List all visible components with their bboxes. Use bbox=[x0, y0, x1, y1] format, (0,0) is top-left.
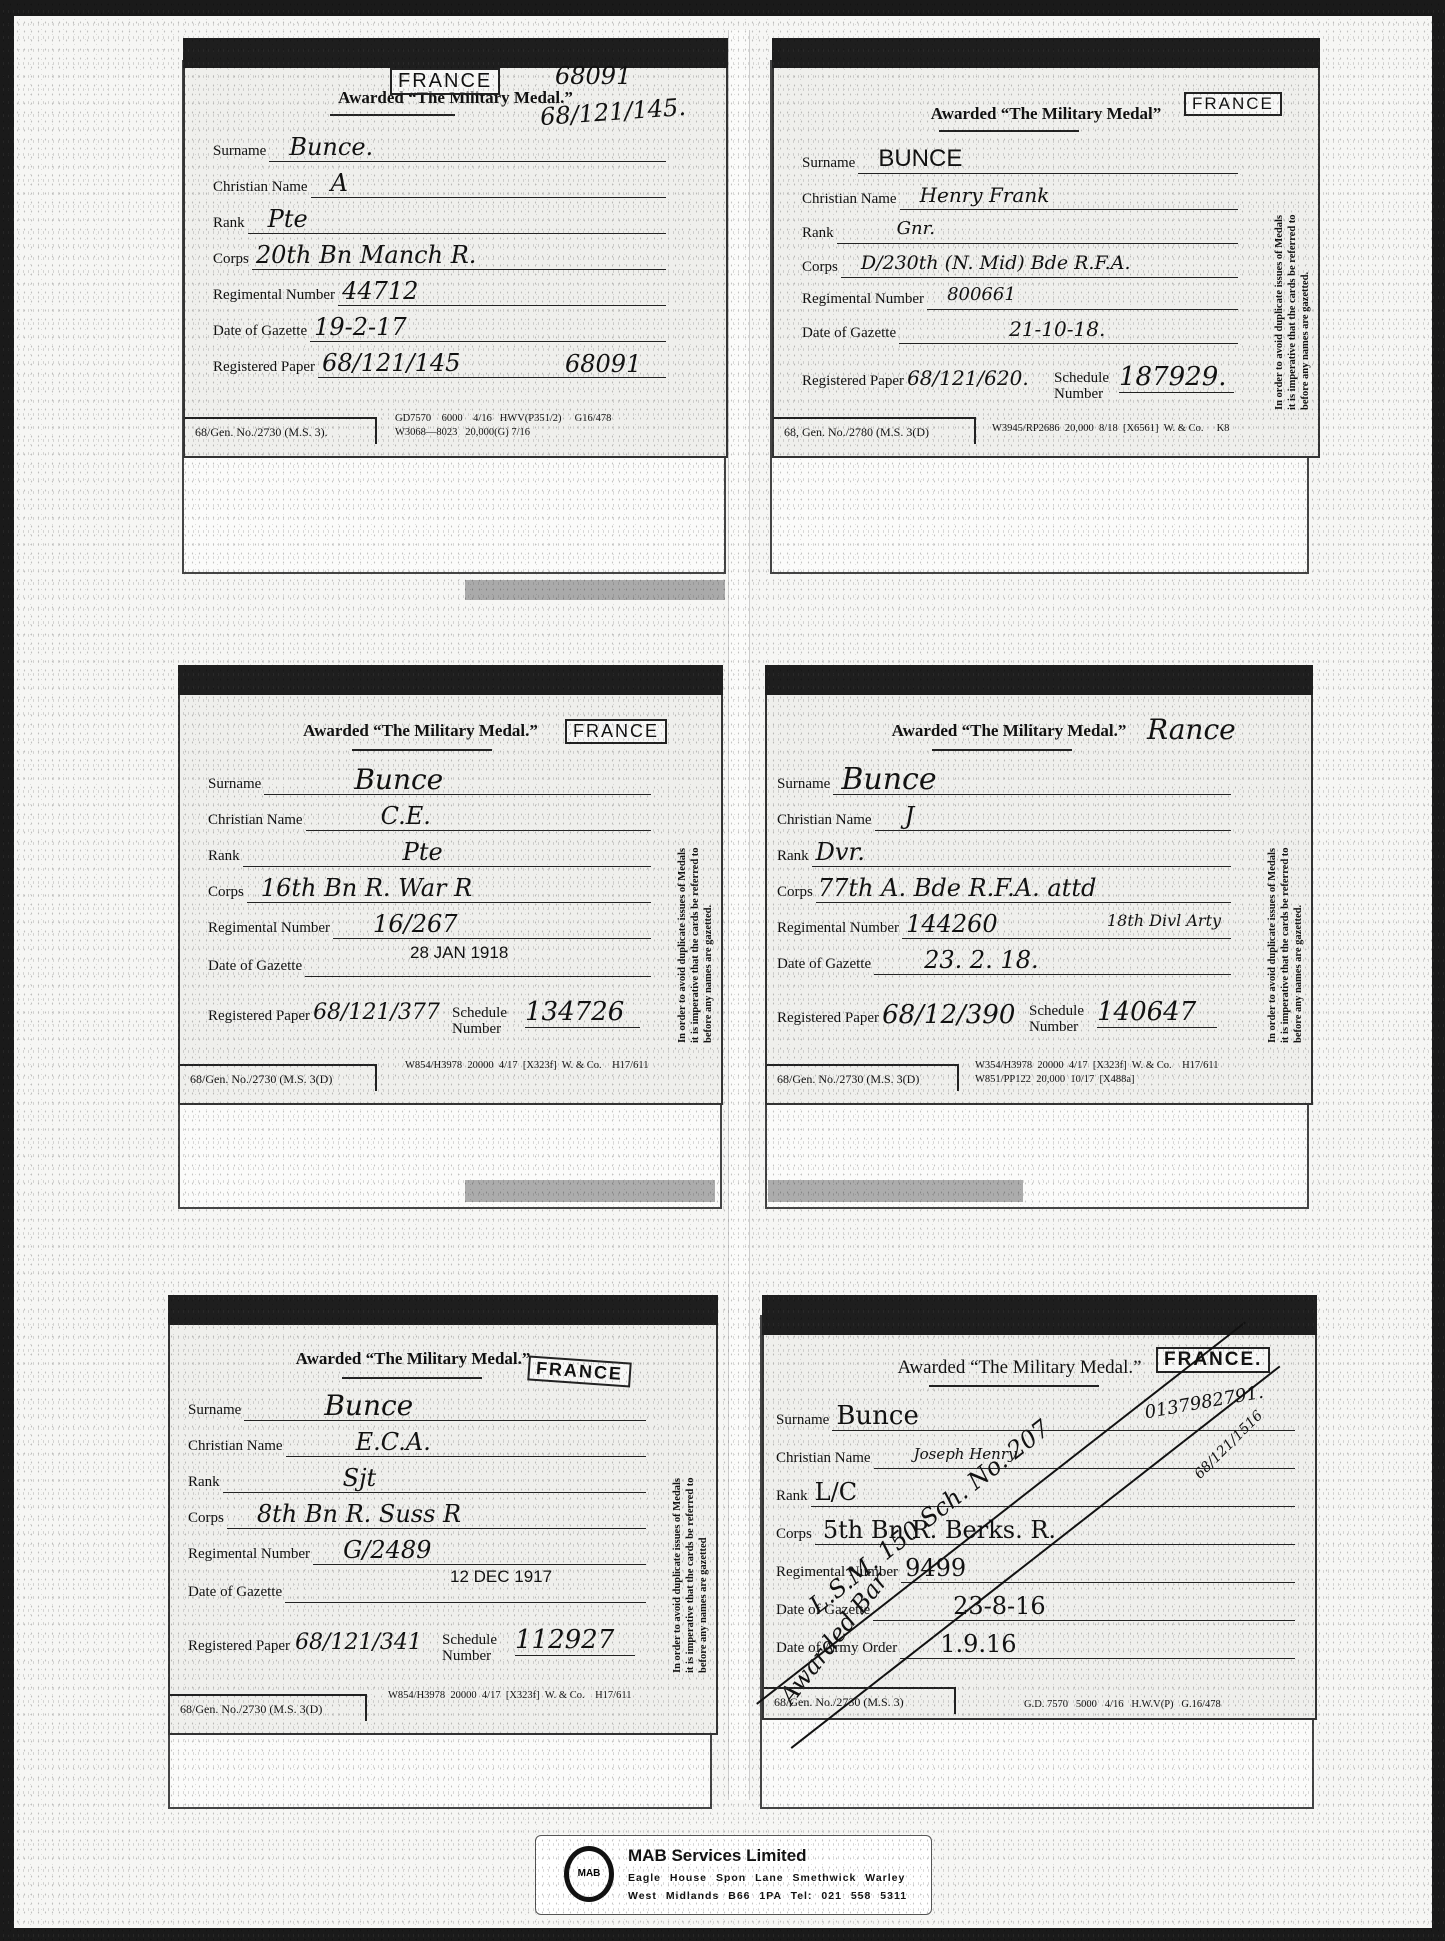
field-value: 68/121/620. bbox=[907, 364, 1048, 392]
number-label-line: Number bbox=[442, 1648, 497, 1664]
field-value: Dvr. bbox=[812, 838, 1231, 867]
field-surname: SurnameBunce. bbox=[213, 128, 666, 162]
regimental-number-note: 18th Divl Arty bbox=[1107, 911, 1221, 930]
field-surname: SurnameBUNCE bbox=[802, 140, 1238, 174]
title-rule bbox=[932, 749, 1072, 751]
card-header-band bbox=[772, 38, 1320, 68]
field-corps: CorpsD/230th (N. Mid) Bde R.F.A. bbox=[802, 244, 1238, 278]
number-label-line: Number bbox=[1054, 386, 1109, 402]
field-label: Registered Paper bbox=[208, 1008, 310, 1027]
field-regimental-number: Regimental Number16/267 bbox=[208, 905, 651, 939]
field-label: Christian Name bbox=[208, 812, 303, 831]
sleeve-shadow bbox=[465, 1180, 715, 1202]
title-rule bbox=[330, 114, 455, 116]
field-value: 1.9.16 bbox=[900, 1630, 1295, 1659]
company-address-line-1: Eagle House Spon Lane Smethwick Warley bbox=[628, 1872, 905, 1884]
france-stamp: FRANCE bbox=[1184, 92, 1282, 116]
field-value: E.C.A. bbox=[286, 1428, 646, 1457]
field-value: Bunce bbox=[244, 1392, 646, 1421]
field-value: Pte bbox=[248, 205, 666, 234]
sleeve-shadow bbox=[768, 1180, 1023, 1202]
printer-imprint: G.D. 7570 5000 4/16 H.W.V(P) G.16/478 bbox=[1024, 1698, 1221, 1712]
mab-services-label: MAB MAB Services Limited Eagle House Spo… bbox=[535, 1835, 932, 1915]
schedule-label: ScheduleNumber bbox=[452, 1005, 507, 1037]
field-regimental-number: Regimental NumberG/2489 bbox=[188, 1531, 646, 1565]
printer-imprint: W354/H3978 20000 4/17 [X323f] W. & Co. H… bbox=[975, 1059, 1218, 1073]
schedule-number: 187929. bbox=[1119, 362, 1234, 393]
field-registered-paper: Registered Paper68/121/377 bbox=[208, 993, 431, 1027]
field-date-of-gazette: Date of Gazette bbox=[208, 943, 651, 977]
duplicate-issue-note: In order to avoid duplicate issues of Me… bbox=[676, 743, 715, 1043]
field-value: Pte bbox=[243, 838, 651, 867]
field-label: Date of Gazette bbox=[802, 325, 896, 344]
field-value: 8th Bn R. Suss R bbox=[227, 1500, 646, 1529]
field-corps: Corps77th A. Bde R.F.A. attd bbox=[777, 869, 1231, 903]
field-value: G/2489 bbox=[313, 1536, 646, 1565]
title-rule bbox=[342, 1377, 482, 1379]
field-label: Corps bbox=[208, 884, 244, 903]
field-label: Regimental Number bbox=[802, 291, 924, 310]
duplicate-issue-note: In order to avoid duplicate issues of Me… bbox=[671, 1373, 710, 1673]
company-name: MAB Services Limited bbox=[628, 1846, 807, 1866]
france-stamp: FRANCE bbox=[565, 719, 667, 744]
field-label: Surname bbox=[208, 776, 261, 795]
form-number: 68/Gen. No./2730 (M.S. 3(D) bbox=[767, 1064, 959, 1091]
schedule-number: 140647 bbox=[1097, 997, 1217, 1028]
schedule-label: ScheduleNumber bbox=[1029, 1003, 1084, 1035]
field-label: Christian Name bbox=[188, 1438, 283, 1457]
field-value: 21-10-18. bbox=[899, 315, 1238, 344]
field-value: A bbox=[311, 169, 666, 198]
field-label: Corps bbox=[188, 1510, 224, 1529]
field-label: Date of Gazette bbox=[777, 956, 871, 975]
field-label: Regimental Number bbox=[777, 920, 899, 939]
card-header-band bbox=[168, 1295, 718, 1325]
field-label: Rank bbox=[188, 1474, 220, 1493]
field-rank: RankPte bbox=[208, 833, 651, 867]
printer-imprint: W854/H3978 20000 4/17 [X323f] W. & Co. H… bbox=[405, 1059, 648, 1073]
duplicate-issue-note: In order to avoid duplicate issues of Me… bbox=[1273, 120, 1312, 410]
field-regimental-number: Regimental Number44712 bbox=[213, 272, 666, 306]
field-value: Bunce. bbox=[269, 133, 666, 162]
field-christian-name: Christian NameJ bbox=[777, 797, 1231, 831]
field-regimental-number: Regimental Number800661 bbox=[802, 276, 1238, 310]
field-label: Christian Name bbox=[777, 812, 872, 831]
field-label: Surname bbox=[188, 1402, 241, 1421]
field-label: Surname bbox=[802, 155, 855, 174]
field-label: Surname bbox=[213, 143, 266, 162]
field-value: 19-2-17 bbox=[310, 313, 666, 342]
field-value: 800661 bbox=[927, 281, 1238, 310]
printer-imprint: W854/H3978 20000 4/17 [X323f] W. & Co. H… bbox=[388, 1689, 631, 1703]
annotation-reference: 68091 bbox=[555, 62, 631, 90]
number-label-line: Number bbox=[1029, 1019, 1084, 1035]
field-value: 44712 bbox=[338, 277, 666, 306]
title-rule bbox=[352, 749, 492, 751]
duplicate-issue-note: In order to avoid duplicate issues of Me… bbox=[1266, 743, 1305, 1043]
field-label: Corps bbox=[777, 884, 813, 903]
card-header-band bbox=[183, 38, 728, 68]
field-label: Rank bbox=[776, 1488, 808, 1507]
field-date-of-gazette: Date of Gazette23. 2. 18. bbox=[777, 941, 1231, 975]
field-value: 16/267 bbox=[333, 910, 651, 939]
field-label: Rank bbox=[208, 848, 240, 867]
schedule-number: 134726 bbox=[525, 997, 640, 1028]
field-label: Registered Paper bbox=[777, 1010, 879, 1029]
field-label: Date of Gazette bbox=[188, 1584, 282, 1603]
printer-imprint: W3068—8023 20,000(G) 7/16 bbox=[395, 426, 530, 440]
field-rank: RankDvr. bbox=[777, 833, 1231, 867]
field-value: Henry Frank bbox=[900, 181, 1238, 210]
mab-logo-icon: MAB bbox=[564, 1846, 614, 1902]
field-value-line bbox=[305, 976, 651, 977]
field-value: J bbox=[875, 802, 1231, 831]
number-label-line: Number bbox=[452, 1021, 507, 1037]
card-header-band bbox=[765, 665, 1313, 695]
form-number: 68/Gen. No./2730 (M.S. 3(D) bbox=[180, 1064, 377, 1091]
registered-paper-extra: 68091 bbox=[565, 350, 641, 378]
field-label: Registered Paper bbox=[213, 359, 315, 378]
schedule-label-line: Schedule bbox=[452, 1005, 507, 1021]
card-header-band bbox=[178, 665, 723, 695]
field-label: Rank bbox=[802, 225, 834, 244]
field-value: 23. 2. 18. bbox=[874, 946, 1231, 975]
field-label: Christian Name bbox=[213, 179, 308, 198]
field-label: Surname bbox=[777, 776, 830, 795]
field-date-of-gazette: Date of Gazette bbox=[188, 1569, 646, 1603]
schedule-label-line: Schedule bbox=[1029, 1003, 1084, 1019]
field-surname: SurnameBunce bbox=[777, 761, 1231, 795]
company-address-line-2: West Midlands B66 1PA Tel: 021 558 5311 bbox=[628, 1890, 907, 1902]
field-label: Corps bbox=[776, 1526, 812, 1545]
field-registered-paper: Registered Paper68/12/390 bbox=[777, 995, 1011, 1029]
field-value: Sjt bbox=[223, 1464, 646, 1493]
form-number: 68/Gen. No./2730 (M.S. 3). bbox=[185, 417, 377, 444]
medal-card-1: Awarded “The Military Medal.” FRANCE 680… bbox=[183, 38, 728, 458]
field-label: Registered Paper bbox=[188, 1638, 290, 1657]
field-value: Bunce bbox=[264, 766, 651, 795]
sleeve-shadow bbox=[465, 580, 725, 600]
annotation-rance: Rance bbox=[1147, 713, 1236, 746]
field-value: 16th Bn R. War R bbox=[247, 874, 651, 903]
field-value: 68/121/377 bbox=[313, 999, 440, 1027]
field-value: Gnr. bbox=[837, 215, 1238, 244]
field-corps: Corps20th Bn Manch R. bbox=[213, 236, 666, 270]
france-stamp: FRANCE bbox=[390, 68, 500, 95]
field-label: Regimental Number bbox=[213, 287, 335, 306]
page-center-gutter bbox=[728, 30, 750, 1800]
printer-imprint: W3945/RP2686 20,000 8/18 [X6561] W. & Co… bbox=[992, 422, 1229, 436]
field-value: 68/121/341 bbox=[293, 1629, 426, 1657]
field-value-line bbox=[285, 1602, 646, 1603]
field-surname: SurnameBunce bbox=[188, 1387, 646, 1421]
field-label: Surname bbox=[776, 1412, 829, 1431]
field-value: BUNCE bbox=[858, 145, 1238, 174]
schedule-label-line: Schedule bbox=[442, 1632, 497, 1648]
field-label: Christian Name bbox=[802, 191, 897, 210]
field-label: Rank bbox=[213, 215, 245, 234]
medal-card-6: Awarded “The Military Medal.” FRANCE. Su… bbox=[762, 1295, 1317, 1720]
field-christian-name: Christian NameA bbox=[213, 164, 666, 198]
field-date-of-gazette: Date of Gazette21-10-18. bbox=[802, 310, 1238, 344]
field-corps: Corps16th Bn R. War R bbox=[208, 869, 651, 903]
field-value: 68/12/390 bbox=[882, 1001, 1015, 1029]
field-label: Regimental Number bbox=[188, 1546, 310, 1565]
printer-imprint: W851/PP122 20,000 10/17 [X488a] bbox=[975, 1073, 1135, 1087]
medal-card-4: Awarded “The Military Medal.” Rance Surn… bbox=[765, 665, 1313, 1105]
field-value: D/230th (N. Mid) Bde R.F.A. bbox=[841, 249, 1238, 278]
form-number: 68, Gen. No./2780 (M.S. 3(D) bbox=[774, 417, 976, 444]
field-label: Registered Paper bbox=[802, 373, 904, 392]
medal-card-5: Awarded “The Military Medal.” FRANCE Sur… bbox=[168, 1295, 718, 1735]
field-christian-name: Christian NameC.E. bbox=[208, 797, 651, 831]
field-label: Christian Name bbox=[776, 1450, 871, 1469]
form-number: 68/Gen. No./2730 (M.S. 3) bbox=[764, 1687, 956, 1714]
field-rank: RankPte bbox=[213, 200, 666, 234]
field-rank: RankGnr. bbox=[802, 210, 1238, 244]
field-label: Rank bbox=[777, 848, 809, 867]
field-label: Corps bbox=[213, 251, 249, 270]
field-label: Date of Gazette bbox=[208, 958, 302, 977]
field-value: Bunce bbox=[833, 766, 1231, 795]
field-surname: SurnameBunce bbox=[208, 761, 651, 795]
printer-imprint: GD7570 6000 4/16 HWV(P351/2) G16/478 bbox=[395, 412, 611, 426]
field-corps: Corps8th Bn R. Suss R bbox=[188, 1495, 646, 1529]
field-label: Date of Gazette bbox=[213, 323, 307, 342]
field-registered-paper: Registered Paper68/121/341 bbox=[188, 1623, 426, 1657]
medal-card-3: Awarded “The Military Medal.” FRANCE Sur… bbox=[178, 665, 723, 1105]
title-rule bbox=[929, 1385, 1099, 1387]
schedule-label: ScheduleNumber bbox=[1054, 370, 1109, 402]
schedule-label: ScheduleNumber bbox=[442, 1632, 497, 1664]
schedule-label-line: Schedule bbox=[1054, 370, 1109, 386]
field-christian-name: Christian NameHenry Frank bbox=[802, 176, 1238, 210]
field-rank: RankSjt bbox=[188, 1459, 646, 1493]
field-registered-paper: Registered Paper68/121/620. bbox=[802, 358, 1048, 392]
field-label: Regimental Number bbox=[208, 920, 330, 939]
title-rule bbox=[939, 130, 1079, 132]
form-number: 68/Gen. No./2730 (M.S. 3(D) bbox=[170, 1694, 367, 1721]
medal-card-2: Awarded “The Military Medal” FRANCE Surn… bbox=[772, 38, 1320, 458]
schedule-number: 112927 bbox=[515, 1625, 635, 1656]
field-value: C.E. bbox=[306, 802, 651, 831]
field-christian-name: Christian NameE.C.A. bbox=[188, 1423, 646, 1457]
field-value: 20th Bn Manch R. bbox=[252, 241, 666, 270]
field-date-of-gazette: Date of Gazette19-2-17 bbox=[213, 308, 666, 342]
field-value: 77th A. Bde R.F.A. attd bbox=[816, 874, 1231, 903]
